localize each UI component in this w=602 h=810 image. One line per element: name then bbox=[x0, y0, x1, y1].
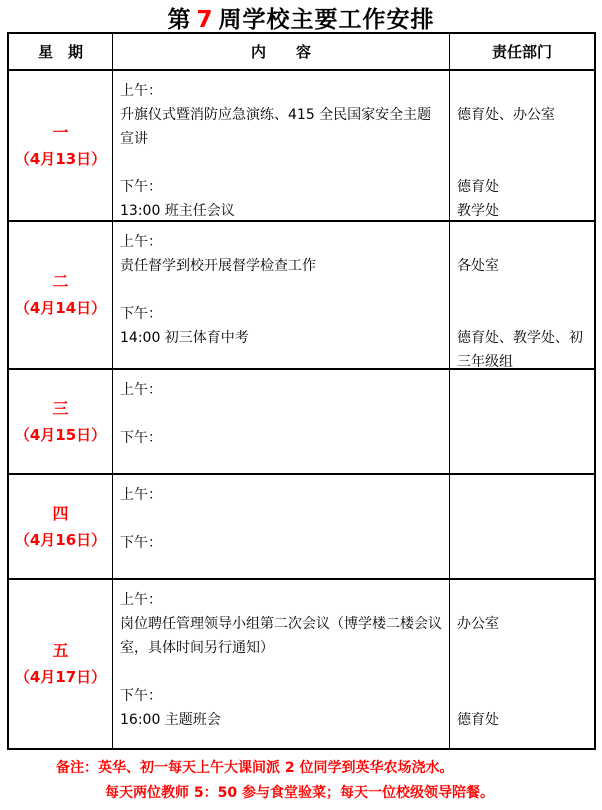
department-line bbox=[457, 302, 590, 326]
table-row-tuesday: 二 （4月14日） 上午： 责任督学到校开展督学检查工作 下午： 14:00 初… bbox=[9, 222, 594, 370]
content-line bbox=[120, 151, 443, 175]
content-line bbox=[120, 402, 443, 426]
content-line: 上午： bbox=[120, 378, 443, 402]
content-cell-friday: 上午： 岗位聘任管理领导小组第二次会议（博学楼二楼会议室，具体时间另行通知） 下… bbox=[113, 580, 450, 748]
page-title: 第7周学校主要工作安排 bbox=[0, 1, 602, 34]
department-line: 德育处、办公室 bbox=[457, 103, 590, 127]
department-line bbox=[457, 127, 590, 151]
day-name: 五 bbox=[52, 638, 68, 664]
weekly-schedule-table: 星 期 内 容 责任部门 一 （4月13日） 上午： 升旗仪式暨消防应急演练、4… bbox=[7, 32, 596, 750]
footer-note-2: 每天两位教师 5：50 参与食堂验菜；每天一位校级领导陪餐。 bbox=[105, 785, 494, 802]
department-line: 德育处、教学处、初三年级组 bbox=[457, 326, 590, 368]
content-line: 下午： bbox=[120, 684, 443, 708]
table-row-thursday: 四 （4月16日） 上午： 下午： bbox=[9, 475, 594, 580]
department-line bbox=[457, 588, 590, 612]
table-row-wednesday: 三 （4月15日） 上午： 下午： bbox=[9, 370, 594, 475]
title-suffix: 周学校主要工作安排 bbox=[219, 7, 435, 33]
content-cell-monday: 上午： 升旗仪式暨消防应急演练、415 全民国家安全主题宣讲 下午： 13:00… bbox=[113, 71, 450, 220]
content-line: 下午： bbox=[120, 426, 443, 450]
day-date: （4月15日） bbox=[15, 422, 106, 448]
day-name: 一 bbox=[52, 120, 68, 146]
content-line: 下午： bbox=[120, 175, 443, 199]
department-line bbox=[457, 684, 590, 708]
table-header-row: 星 期 内 容 责任部门 bbox=[9, 34, 594, 71]
content-line: 下午： bbox=[120, 302, 443, 326]
content-line: 13:00 班主任会议 bbox=[120, 199, 443, 220]
day-date: （4月13日） bbox=[15, 146, 106, 172]
department-line bbox=[457, 151, 590, 175]
department-line: 各处室 bbox=[457, 254, 590, 278]
department-line bbox=[457, 278, 590, 302]
department-line: 德育处 bbox=[457, 708, 590, 732]
day-date: （4月17日） bbox=[15, 664, 106, 690]
department-line bbox=[457, 636, 590, 660]
content-line: 岗位聘任管理领导小组第二次会议（博学楼二楼会议室，具体时间另行通知） bbox=[120, 612, 443, 660]
content-line: 上午： bbox=[120, 230, 443, 254]
department-cell-monday: 德育处、办公室 德育处 教学处 bbox=[450, 71, 594, 220]
schedule-document-page: 第7周学校主要工作安排 星 期 内 容 责任部门 一 （4月13日） 上午： 升… bbox=[0, 0, 602, 810]
content-line bbox=[120, 278, 443, 302]
department-cell-wednesday bbox=[450, 370, 594, 473]
footer-note-1: 备注：英华、初一每天上午大课间派 2 位同学到英华农场浇水。 bbox=[56, 760, 454, 777]
content-cell-thursday: 上午： 下午： bbox=[113, 475, 450, 578]
department-cell-tuesday: 各处室 德育处、教学处、初三年级组 bbox=[450, 222, 594, 368]
content-line: 14:00 初三体育中考 bbox=[120, 326, 443, 350]
content-cell-tuesday: 上午： 责任督学到校开展督学检查工作 下午： 14:00 初三体育中考 bbox=[113, 222, 450, 368]
department-cell-thursday bbox=[450, 475, 594, 578]
day-cell-friday: 五 （4月17日） bbox=[9, 580, 113, 748]
department-line bbox=[457, 79, 590, 103]
department-cell-friday: 办公室 德育处 bbox=[450, 580, 594, 748]
content-line: 升旗仪式暨消防应急演练、415 全民国家安全主题宣讲 bbox=[120, 103, 443, 151]
table-row-friday: 五 （4月17日） 上午： 岗位聘任管理领导小组第二次会议（博学楼二楼会议室，具… bbox=[9, 580, 594, 748]
header-cell-day: 星 期 bbox=[9, 34, 113, 69]
title-prefix: 第 bbox=[167, 7, 191, 33]
day-date: （4月16日） bbox=[15, 527, 106, 553]
content-line: 16:00 主题班会 bbox=[120, 708, 443, 732]
title-week-number: 7 bbox=[191, 7, 218, 33]
content-line: 责任督学到校开展督学检查工作 bbox=[120, 254, 443, 278]
department-line: 教学处 bbox=[457, 199, 590, 220]
day-name: 二 bbox=[52, 269, 68, 295]
day-cell-tuesday: 二 （4月14日） bbox=[9, 222, 113, 368]
content-line: 下午： bbox=[120, 531, 443, 555]
day-cell-wednesday: 三 （4月15日） bbox=[9, 370, 113, 473]
header-cell-department: 责任部门 bbox=[450, 34, 594, 69]
department-line: 办公室 bbox=[457, 612, 590, 636]
content-line bbox=[120, 660, 443, 684]
content-line: 上午： bbox=[120, 79, 443, 103]
department-line: 德育处 bbox=[457, 175, 590, 199]
table-row-monday: 一 （4月13日） 上午： 升旗仪式暨消防应急演练、415 全民国家安全主题宣讲… bbox=[9, 71, 594, 222]
department-line bbox=[457, 660, 590, 684]
day-name: 三 bbox=[52, 396, 68, 422]
department-line bbox=[457, 230, 590, 254]
header-cell-content: 内 容 bbox=[113, 34, 450, 69]
content-line bbox=[120, 507, 443, 531]
content-cell-wednesday: 上午： 下午： bbox=[113, 370, 450, 473]
day-cell-monday: 一 （4月13日） bbox=[9, 71, 113, 220]
content-line: 上午： bbox=[120, 483, 443, 507]
day-cell-thursday: 四 （4月16日） bbox=[9, 475, 113, 578]
day-name: 四 bbox=[52, 501, 68, 527]
day-date: （4月14日） bbox=[15, 295, 106, 321]
content-line: 上午： bbox=[120, 588, 443, 612]
